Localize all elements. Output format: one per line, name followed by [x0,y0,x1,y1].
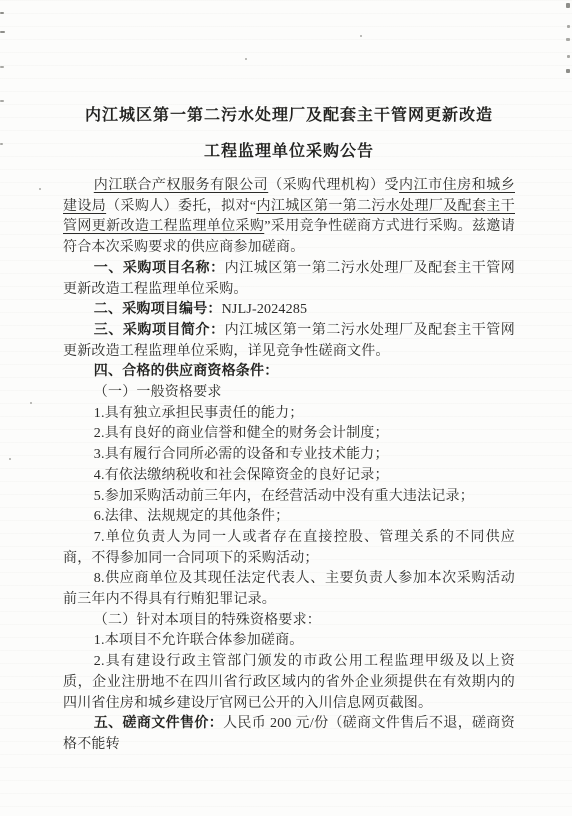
document-body: 内江联合产权服务有限公司（采购代理机构）受内江市住房和城乡建设局（采购人）委托，… [63,176,515,756]
text-run: 7.单位负责人为同一人或者存在直接控股、管理关系的不同供应商，不得参加同一合同项… [63,530,515,566]
text-run: 2.具有良好的商业信誉和健全的财务会计制度； [94,426,389,441]
scan-artifact [567,25,570,28]
section-heading: 二、采购项目编号： [94,302,222,317]
paragraph: 二、采购项目编号：NJLJ-2024285 [63,300,515,321]
scan-artifact [566,38,570,41]
section-heading: 五、磋商文件售价： [94,716,223,731]
scan-artifact [0,12,4,14]
paragraph: 2.具有建设行政主管部门颁发的市政公用工程监理甲级及以上资质，企业注册地不在四川… [63,652,515,714]
scan-artifact [0,143,3,145]
scan-artifact [0,66,4,68]
scan-artifact [567,55,570,58]
paragraph: 7.单位负责人为同一人或者存在直接控股、管理关系的不同供应商，不得参加同一合同项… [63,528,515,569]
document-title-line-2: 工程监理单位采购公告 [63,134,515,170]
text-run: 8.供应商单位及其现任法定代表人、主要负责人参加本次采购活动前三年内不得具有行贿… [63,571,515,607]
section-heading: 三、采购项目简介： [94,323,225,338]
paragraph: 6.法律、法规规定的其他条件； [63,507,515,528]
paragraph: 四、合格的供应商资格条件： [63,362,515,383]
paragraph: （一）一般资格要求 [63,383,515,404]
scan-artifact [30,402,32,404]
section-heading: 四、合格的供应商资格条件： [94,364,279,379]
text-run: 1.本项目不允许联合体参加磋商。 [94,633,304,648]
scan-artifact [39,188,41,190]
paragraph: 2.具有良好的商业信誉和健全的财务会计制度； [63,424,515,445]
text-run: （采购人）委托，拟对“ [106,199,256,214]
paragraph: （二）针对本项目的特殊资格要求： [63,611,515,632]
text-run: 6.法律、法规规定的其他条件； [94,509,290,524]
text-run: （二）针对本项目的特殊资格要求： [94,613,321,628]
paragraph: 8.供应商单位及其现任法定代表人、主要负责人参加本次采购活动前三年内不得具有行贿… [63,569,515,610]
paragraph: 1.本项目不允许联合体参加磋商。 [63,631,515,652]
paragraph: 三、采购项目简介：内江城区第一第二污水处理厂及配套主干管网更新改造工程监理单位采… [63,321,515,362]
text-run: 5.参加采购活动前三年内，在经营活动中没有重大违法记录； [94,489,474,504]
paragraph: 五、磋商文件售价：人民币 200 元/份（磋商文件售后不退，磋商资格不能转 [63,714,515,755]
underlined-text: 内江联合产权服务有限公司 [94,178,268,193]
paragraph: 5.参加采购活动前三年内，在经营活动中没有重大违法记录； [63,487,515,508]
scan-artifact [0,100,4,102]
document-title-line-1: 内江城区第一第二污水处理厂及配套主干管网更新改造 [63,98,515,134]
text-run: 2.具有建设行政主管部门颁发的市政公用工程监理甲级及以上资质，企业注册地不在四川… [63,654,515,710]
paragraph: 3.具有履行合同所必需的设备和专业技术能力； [63,445,515,466]
scan-artifact [0,31,5,33]
scanned-document-page: 内江城区第一第二污水处理厂及配套主干管网更新改造 工程监理单位采购公告 内江联合… [0,0,572,816]
paragraph: 4.有依法缴纳税收和社会保障资金的良好记录； [63,466,515,487]
text-run: 1.具有独立承担民事责任的能力； [94,406,304,421]
text-run: （一）一般资格要求 [94,385,222,400]
section-heading: 一、采购项目名称： [94,261,225,276]
scan-artifact [566,3,570,8]
scan-artifact [9,458,11,460]
paragraph: 一、采购项目名称：内江城区第一第二污水处理厂及配套主干管网更新改造工程监理单位采… [63,259,515,300]
text-run: 3.具有履行合同所必需的设备和专业技术能力； [94,447,389,462]
text-run: （采购代理机构）受 [268,178,399,193]
paragraph: 1.具有独立承担民事责任的能力； [63,404,515,425]
document-title: 内江城区第一第二污水处理厂及配套主干管网更新改造 工程监理单位采购公告 [63,98,515,170]
document-content: 内江城区第一第二污水处理厂及配套主干管网更新改造 工程监理单位采购公告 内江联合… [63,0,515,756]
scan-artifact [566,69,570,73]
text-run: 4.有依法缴纳税收和社会保障资金的良好记录； [94,468,389,483]
text-run: NJLJ-2024285 [222,302,308,317]
paragraph: 内江联合产权服务有限公司（采购代理机构）受内江市住房和城乡建设局（采购人）委托，… [63,176,515,259]
